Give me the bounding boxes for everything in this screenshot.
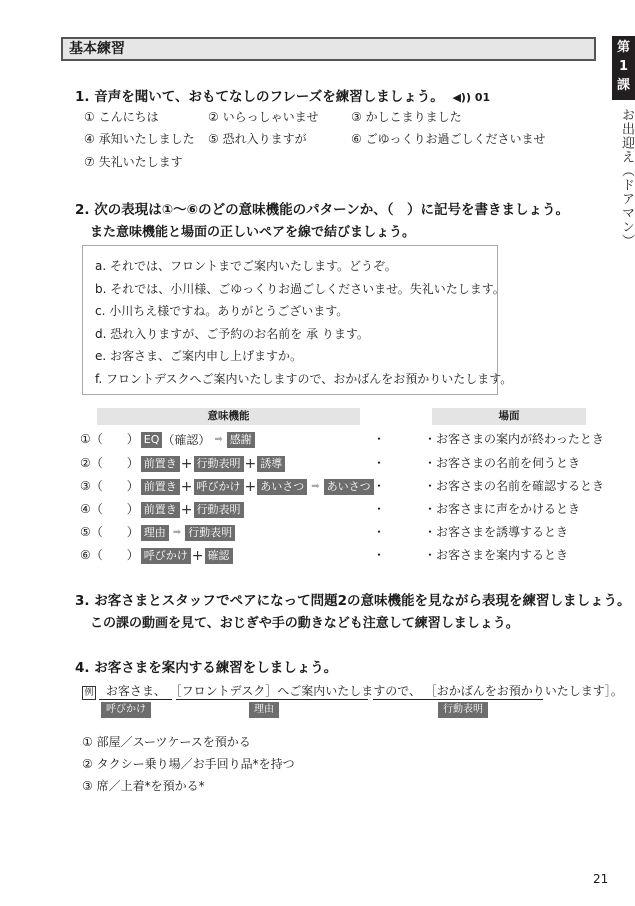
function-tag: あいさつ (257, 479, 307, 495)
function-tag: EQ (141, 432, 163, 448)
connector-dot[interactable]: ・ (373, 477, 385, 494)
phrase-item: ⑥ ごゆっくりお過ごしくださいませ (351, 131, 545, 147)
example-sentence: e. お客さま、ご案内申し上げますか。 (95, 347, 302, 364)
function-tag: 行動表明 (194, 502, 244, 518)
plus-icon: + (245, 456, 257, 472)
label-calling: 呼びかけ (101, 702, 151, 718)
lesson-tab-line: 課 (612, 76, 635, 95)
phrase-item: ⑦ 失礼いたします (84, 154, 183, 170)
example-sentences-box: a. それでは、フロントまでご案内いたします。どうぞ。 b. それでは、小川様、… (82, 245, 498, 395)
question-1-text: 1. 音声を聞いて、おもてなしのフレーズを練習しましょう。 (75, 89, 444, 105)
phrase-item: ④ 承知いたしました (84, 131, 195, 147)
practice-item: ③ 席／上着*を預かる* (82, 778, 205, 794)
underline (176, 699, 368, 700)
speaker-icon: ◀)) (452, 91, 471, 104)
example-sentence: f. フロントデスクへご案内いたしますので、おかばんをお預かりいたします。 (95, 370, 512, 387)
example-mark: 例 (82, 686, 96, 700)
lesson-tab-line: 第 (612, 38, 635, 57)
function-tag: 呼びかけ (141, 548, 191, 564)
example-sentence: d. 恐れ入りますが、ご予約のお名前を 承 ります。 (95, 325, 369, 342)
function-row: ⑥（ ）呼びかけ+確認 (80, 546, 233, 564)
audio-button[interactable]: ◀)) 01 (452, 89, 490, 107)
example-sentence: c. 小川ちえ様ですね。ありがとうございます。 (95, 302, 348, 319)
phrase-item: ① こんにちは (84, 109, 159, 125)
underline (373, 699, 543, 700)
plus-icon: + (181, 456, 193, 472)
scene-item[interactable]: ・お客さまを誘導するとき (424, 523, 568, 540)
page-number: 21 (593, 872, 608, 886)
function-tag: 前置き (141, 502, 180, 518)
lesson-tab: 第 1 課 (612, 36, 635, 100)
example-segment-reason: ［フロントデスク］へご案内いたしますので、 (170, 684, 421, 698)
arrow-right-icon: ➡ (214, 434, 222, 445)
question-2-title: 2. 次の表現は①～⑥のどの意味機能のパターンか、（ ）に記号を書きましょう。 (75, 201, 569, 219)
example-line: 例 お客さま、 ［フロントデスク］へご案内いたしますので、 ［おかばんをお預かり… (82, 683, 623, 700)
answer-blank[interactable]: ②（ ） (80, 456, 139, 470)
section-header: 基本練習 (61, 37, 596, 61)
connector-dot[interactable]: ・ (373, 430, 385, 447)
connector-dot[interactable]: ・ (373, 454, 385, 471)
arrow-right-icon: ➡ (173, 527, 181, 538)
practice-item: ② タクシー乗り場／お手回り品*を持つ (82, 756, 295, 772)
function-row: ①（ ）EQ（確認）➡感謝 (80, 430, 255, 448)
answer-blank[interactable]: ⑥（ ） (80, 548, 139, 562)
connector-dot[interactable]: ・ (373, 523, 385, 540)
lesson-title: お出迎え（ドアマン） (614, 108, 634, 248)
question-2-subtitle: また意味機能と場面の正しいペアを線で結びましょう。 (90, 221, 415, 240)
plus-icon: + (181, 479, 193, 495)
header-scene: 場面 (432, 408, 586, 425)
function-tag: 前置き (141, 456, 180, 472)
label-action: 行動表明 (438, 702, 488, 718)
function-note: （確認） (162, 433, 210, 447)
phrase-item: ③ かしこまりました (351, 109, 462, 125)
answer-blank[interactable]: ①（ ） (80, 432, 139, 446)
arrow-right-icon: ➡ (311, 481, 319, 492)
function-row: ④（ ）前置き+行動表明 (80, 500, 244, 518)
question-4-title: 4. お客さまを案内する練習をしましょう。 (75, 659, 337, 677)
answer-blank[interactable]: ⑤（ ） (80, 525, 139, 539)
example-segment-action: ［おかばんをお預かりいたします］。 (425, 684, 623, 698)
answer-blank[interactable]: ④（ ） (80, 502, 139, 516)
answer-blank[interactable]: ③（ ） (80, 479, 139, 493)
function-tag: 理由 (141, 525, 169, 541)
connector-dot[interactable]: ・ (373, 546, 385, 563)
function-tag: 呼びかけ (194, 479, 244, 495)
question-3-title: 3. お客さまとスタッフでペアになって問題2の意味機能を見ながら表現を練習しまし… (75, 592, 631, 610)
function-row: ③（ ）前置き+呼びかけ+あいさつ➡あいさつ (80, 477, 374, 495)
function-tag: 行動表明 (185, 525, 235, 541)
function-tag: 前置き (141, 479, 180, 495)
underline (99, 699, 172, 700)
phrase-item: ② いらっしゃいませ (208, 109, 319, 125)
plus-icon: + (181, 502, 193, 518)
scene-item[interactable]: ・お客さまを案内するとき (424, 546, 568, 563)
function-tag: 行動表明 (194, 456, 244, 472)
plus-icon: + (245, 479, 257, 495)
label-reason: 理由 (249, 702, 279, 718)
lesson-tab-line: 1 (612, 57, 635, 76)
scene-item[interactable]: ・お客さまの名前を伺うとき (424, 454, 580, 471)
function-row: ②（ ）前置き+行動表明+誘導 (80, 454, 285, 472)
question-1-title: 1. 音声を聞いて、おもてなしのフレーズを練習しましょう。 ◀)) 01 (75, 88, 490, 107)
function-tag: 誘導 (257, 456, 285, 472)
scene-item[interactable]: ・お客さまの案内が終わったとき (424, 430, 604, 447)
function-row: ⑤（ ）理由➡行動表明 (80, 523, 235, 541)
phrase-item: ⑤ 恐れ入りますが (208, 131, 307, 147)
function-tag: 確認 (205, 548, 233, 564)
practice-item: ① 部屋／スーツケースを預かる (82, 734, 251, 750)
header-function: 意味機能 (97, 408, 360, 425)
question-3-subtitle: この課の動画を見て、おじぎや手の動きなども注意して練習しましょう。 (90, 612, 519, 631)
connector-dot[interactable]: ・ (373, 500, 385, 517)
scene-item[interactable]: ・お客さまに声をかけるとき (424, 500, 580, 517)
plus-icon: + (192, 548, 204, 564)
function-tag: あいさつ (324, 479, 374, 495)
scene-item[interactable]: ・お客さまの名前を確認するとき (424, 477, 604, 494)
example-sentence: b. それでは、小川様、ごゆっくりお過ごしくださいませ。失礼いたします。 (95, 280, 505, 297)
audio-track-number: 01 (475, 91, 490, 104)
example-segment-calling: お客さま、 (106, 684, 166, 698)
function-tag: 感謝 (227, 432, 255, 448)
example-sentence: a. それでは、フロントまでご案内いたします。どうぞ。 (95, 257, 397, 274)
